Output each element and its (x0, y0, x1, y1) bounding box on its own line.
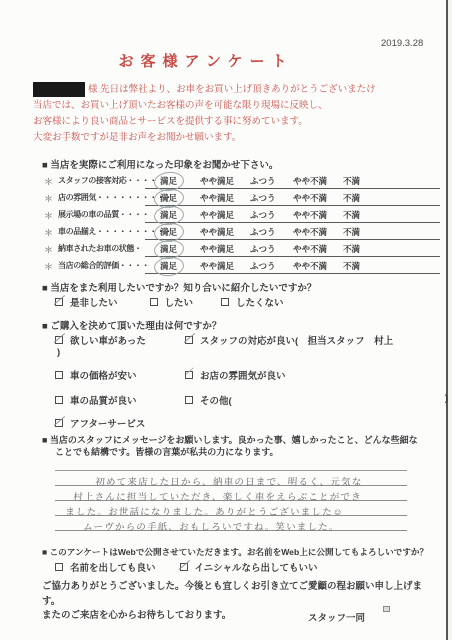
rating-option: やや不満 (293, 226, 343, 240)
checkbox-checked (180, 563, 188, 571)
rating-option: 不満 (343, 260, 373, 274)
checkbox-unchecked (55, 371, 63, 379)
redacted-customer-name (33, 82, 85, 97)
intro-line-2: 当店では、お買い上げ頂いたお客様の声を可能な限り現場に反映し、 (33, 98, 433, 114)
revisit-section-heading: ■ 当店をまた利用したいですか？知り合いに紹介したいですか？ (42, 280, 316, 294)
rating-row: ＊ 店の雰囲気・・・・・・・・・・ 満足 やや満足 ふつう やや不満 不満 (42, 189, 440, 206)
reason-option: 車の品質が良い (55, 393, 137, 407)
rating-row-label: スタッフの接客対応・・・・ (58, 175, 157, 186)
wrapped-paren: ) (57, 347, 60, 358)
checkbox-checked (55, 419, 63, 427)
rating-option: やや満足 (200, 209, 250, 223)
row-bullet: ＊ (44, 243, 53, 256)
reason-option: お店の雰囲気が良い (185, 368, 286, 382)
rating-section-heading: ■ 当店を実際にご利用になった印象をお聞かせ下さい。 (42, 157, 278, 171)
web-publish-heading: ■ このアンケートはWebで公開させていただきます。お名前をWeb上に公開しても… (42, 546, 428, 558)
rating-option: やや不満 (293, 175, 343, 189)
staff-signature: スタッフ一同 (308, 610, 365, 624)
intro-line-4: 大変お手数ですが是非お声をお聞かせ願います。 (33, 130, 433, 146)
rating-option: 不満 (343, 209, 373, 223)
rating-option: ふつう (250, 192, 293, 206)
web-publish-option: イニシャルなら出してもいい (180, 560, 318, 574)
rating-option-selected: 満足 (160, 192, 177, 204)
rating-option: やや不満 (293, 260, 343, 274)
reason-section-heading: ■ ご購入を決めて頂いた理由は何ですか？ (42, 318, 221, 332)
rating-row-label: 納車されたお車の状態・ (58, 243, 142, 254)
handwriting-line: ました。お世話になりました。ありがとうございました☺ (55, 501, 407, 516)
rating-option-selected: 満足 (160, 226, 177, 238)
row-bullet: ＊ (44, 192, 53, 205)
rating-row: ＊ 車の品揃え・・・・・・・・・・ 満足 やや満足 ふつう やや不満 不満 (42, 223, 440, 240)
reason-option: その他( ) (185, 393, 448, 407)
intro-line-1: 様 先日は弊社より、お車をお買い上げ頂きありがとうございまたけ (33, 82, 433, 98)
rating-option: やや不満 (293, 192, 343, 206)
rating-option: 不満 (343, 243, 373, 257)
rating-option: やや満足 (200, 192, 250, 206)
reason-option: アフターサービス (55, 416, 145, 430)
rating-row: ＊ 納車されたお車の状態・ 満足 やや満足 ふつう やや不満 不満 (42, 240, 440, 257)
checkbox-unchecked (150, 298, 158, 306)
web-publish-option: 名前を出しても良い (55, 560, 156, 574)
checkbox-checked (55, 298, 63, 306)
rating-option: やや満足 (200, 243, 250, 257)
reason-option: 車の価格が安い (55, 368, 137, 382)
closing-paragraph: ご協力ありがとうございました。今後とも宜しくお引き立てご愛顧の程お願い申し上げま… (42, 580, 432, 624)
revisit-option: 是非したい (55, 295, 118, 309)
rating-row: ＊ 展示場の車の品質・・・・ 満足 やや満足 ふつう やや不満 不満 (42, 206, 440, 223)
rating-option: ふつう (250, 243, 293, 257)
rating-option-selected: 満足 (160, 243, 177, 255)
rating-row: ＊ 当店の総合的評価・・・・ 満足 やや満足 ふつう やや不満 不満 (42, 257, 440, 274)
scanned-survey-page: 2019.3.28 お客様アンケート 様 先日は弊社より、お車をお買い上げ頂きあ… (0, 0, 452, 640)
rating-option: やや不満 (293, 243, 343, 257)
intro-line-3: お客様により良い商品とサービスを提供する事に努めています。 (33, 114, 433, 130)
handwritten-message-area: 初めて来店した日から、納車の日まで、明るく、元気な 村上さんに担当していただき、… (55, 470, 407, 531)
rating-option: ふつう (250, 226, 293, 240)
checkbox-unchecked (55, 396, 63, 404)
checkbox-checked-light (185, 371, 193, 379)
rating-option: やや不満 (293, 209, 343, 223)
row-bullet: ＊ (44, 209, 53, 222)
revisit-option: したい (150, 295, 194, 309)
checkbox-unchecked (185, 396, 193, 404)
reason-option: スタッフの対応が良い( 担当スタッフ 村上 (185, 333, 393, 347)
rating-option: ふつう (250, 209, 293, 223)
rating-table: ＊ スタッフの接客対応・・・・ 満足 やや満足 ふつう やや不満 不満 ＊ 店の… (42, 172, 440, 274)
rating-option: ふつう (250, 175, 293, 189)
rating-option: ふつう (250, 260, 293, 274)
rating-option: 不満 (343, 192, 373, 206)
intro-paragraph: 様 先日は弊社より、お車をお買い上げ頂きありがとうございまたけ 当店では、お買い… (33, 82, 433, 146)
rating-option: やや満足 (200, 175, 250, 189)
revisit-option: したくない (221, 295, 284, 309)
web-publish-options: 名前を出しても良い イニシャルなら出してもいい (55, 560, 317, 574)
checkbox-checked (55, 336, 63, 344)
rating-option-selected: 満足 (160, 175, 177, 187)
checkbox-checked (185, 336, 193, 344)
rating-row-label: 当店の総合的評価・・・・ (58, 260, 149, 271)
handwriting-line: ムーヴからの手紙、おもしろいですね。笑いました。 (55, 516, 407, 531)
handwriting-line: 村上さんに担当していただき、楽しく車をえらぶことができ (55, 486, 407, 501)
rating-option: やや満足 (200, 226, 250, 240)
page-title: お客様アンケート (0, 50, 412, 71)
row-bullet: ＊ (44, 260, 53, 273)
handwriting-line: 初めて来店した日から、納車の日まで、明るく、元気な (55, 471, 407, 486)
row-bullet: ＊ (44, 226, 53, 239)
rating-option-selected: 満足 (160, 260, 177, 272)
message-section-heading-2: ことでも結構です。皆様の言葉が私共の力になります。 (55, 445, 279, 458)
rating-row: ＊ スタッフの接客対応・・・・ 満足 やや満足 ふつう やや不満 不満 (42, 172, 440, 189)
scan-edge-margin (448, 0, 452, 640)
checkbox-unchecked (221, 298, 229, 306)
row-bullet: ＊ (44, 175, 53, 188)
reason-option: 欲しい車があった (55, 333, 146, 347)
rating-option-selected: 満足 (160, 209, 177, 221)
revisit-options: 是非したい したい したくない (55, 295, 284, 309)
rating-option: 不満 (343, 226, 373, 240)
rating-option: 不満 (343, 175, 373, 189)
survey-date: 2019.3.28 (381, 38, 423, 49)
rating-option: やや満足 (200, 260, 250, 274)
rating-row-label: 展示場の車の品質・・・・ (58, 209, 149, 220)
checkbox-unchecked (55, 563, 63, 571)
